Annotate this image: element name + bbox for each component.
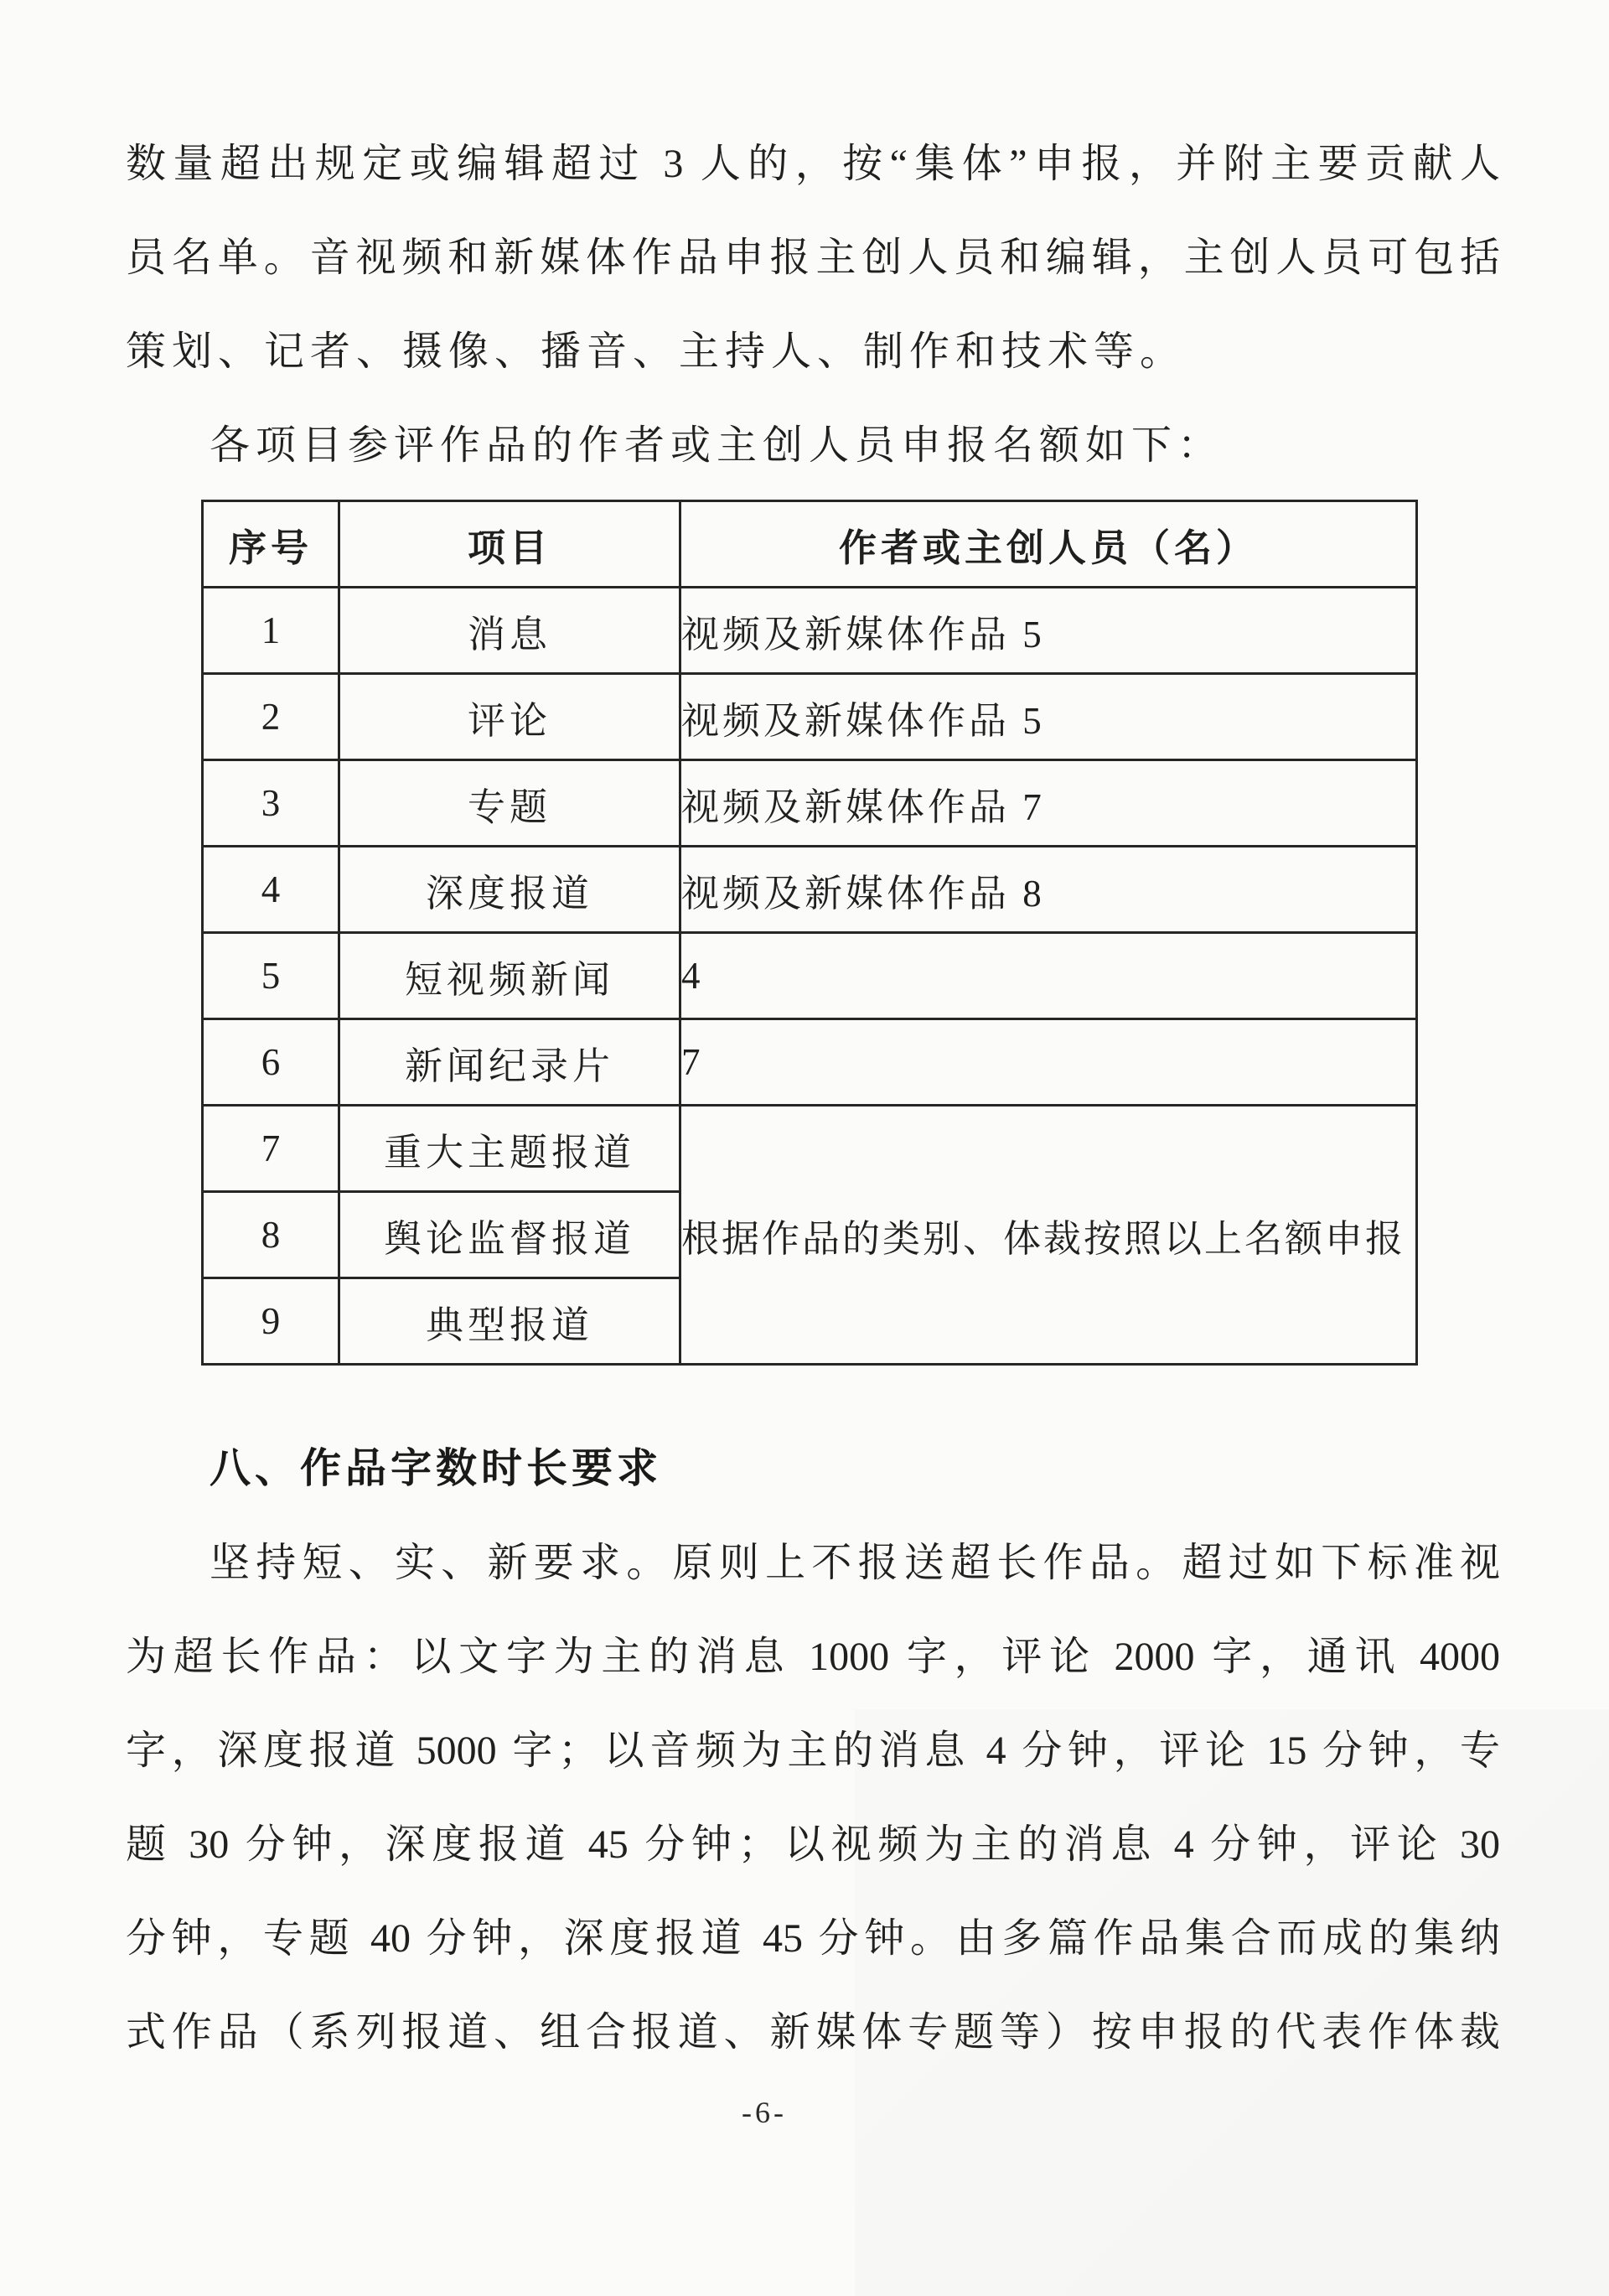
page-number: -6- [77,2095,1451,2130]
cell-no: 4 [203,847,339,933]
cell-no: 7 [203,1106,339,1192]
requirements-line-3: 字，深度报道 5000 字；以音频为主的消息 4 分钟，评论 15 分钟，专 [126,1704,1500,1798]
header-cell-no: 序号 [203,501,339,588]
cell-item: 重大主题报道 [339,1106,680,1192]
requirements-line-5: 分钟，专题 40 分钟，深度报道 45 分钟。由多篇作品集合而成的集纳 [126,1892,1500,1986]
cell-no: 9 [203,1278,339,1365]
cell-item: 专题 [339,760,680,847]
table-row: 1 消息 视频及新媒体作品 5 [203,588,1417,674]
cell-item: 舆论监督报道 [339,1192,680,1278]
requirements-line-2: 为超长作品：以文字为主的消息 1000 字，评论 2000 字，通讯 4000 [126,1610,1500,1704]
cell-quota: 视频及新媒体作品 5 [680,588,1417,674]
paragraph-top: 数量超出规定或编辑超过 3 人的，按“集体”申报，并附主要贡献人 员名单。音视频… [126,117,1500,399]
cell-no: 5 [203,933,339,1019]
cell-quota: 视频及新媒体作品 5 [680,674,1417,760]
cell-no: 2 [203,674,339,760]
cell-item: 新闻纪录片 [339,1019,680,1106]
cell-no: 8 [203,1192,339,1278]
table-row: 4 深度报道 视频及新媒体作品 8 [203,847,1417,933]
header-cell-item: 项目 [339,501,680,588]
cell-quota: 4 [680,933,1417,1019]
table-row: 3 专题 视频及新媒体作品 7 [203,760,1417,847]
table-row: 2 评论 视频及新媒体作品 5 [203,674,1417,760]
requirements-line-6: 式作品（系列报道、组合报道、新媒体专题等）按申报的代表作体裁 [126,1986,1500,2080]
cell-no: 1 [203,588,339,674]
cell-item: 评论 [339,674,680,760]
cell-item: 深度报道 [339,847,680,933]
cell-item: 消息 [339,588,680,674]
section-heading: 八、作品字数时长要求 [210,1444,1500,1493]
cell-no: 6 [203,1019,339,1106]
cell-quota: 视频及新媒体作品 7 [680,760,1417,847]
cell-no: 3 [203,760,339,847]
table-row: 6 新闻纪录片 7 [203,1019,1417,1106]
paragraph-top-line-3: 策划、记者、摄像、播音、主持人、制作和技术等。 [126,305,1500,399]
paragraph-top-line-2: 员名单。音视频和新媒体作品申报主创人员和编辑，主创人员可包括 [126,211,1500,305]
cell-quota: 7 [680,1019,1417,1106]
table-intro-line: 各项目参评作品的作者或主创人员申报名额如下： [126,399,1500,493]
paragraph-top-line-1: 数量超出规定或编辑超过 3 人的，按“集体”申报，并附主要贡献人 [126,117,1500,211]
table-header-row: 序号 项目 作者或主创人员（名） [203,501,1417,588]
header-cell-quota: 作者或主创人员（名） [680,501,1417,588]
table-row: 7 重大主题报道 根据作品的类别、体裁按照以上名额申报 [203,1106,1417,1192]
cell-item: 短视频新闻 [339,933,680,1019]
requirements-line-1: 坚持短、实、新要求。原则上不报送超长作品。超过如下标准视 [126,1516,1500,1610]
cell-merged-quota-note: 根据作品的类别、体裁按照以上名额申报 [680,1106,1417,1365]
document-page: 数量超出规定或编辑超过 3 人的，按“集体”申报，并附主要贡献人 员名单。音视频… [0,0,1609,2296]
cell-quota: 视频及新媒体作品 8 [680,847,1417,933]
table-row: 5 短视频新闻 4 [203,933,1417,1019]
requirements-line-4: 题 30 分钟，深度报道 45 分钟；以视频为主的消息 4 分钟，评论 30 [126,1798,1500,1892]
cell-item: 典型报道 [339,1278,680,1365]
quota-table: 序号 项目 作者或主创人员（名） 1 消息 视频及新媒体作品 5 2 评论 视频… [201,500,1418,1366]
quota-table-header: 序号 项目 作者或主创人员（名） [203,501,1417,588]
paragraph-requirements: 坚持短、实、新要求。原则上不报送超长作品。超过如下标准视 为超长作品：以文字为主… [126,1516,1500,2080]
